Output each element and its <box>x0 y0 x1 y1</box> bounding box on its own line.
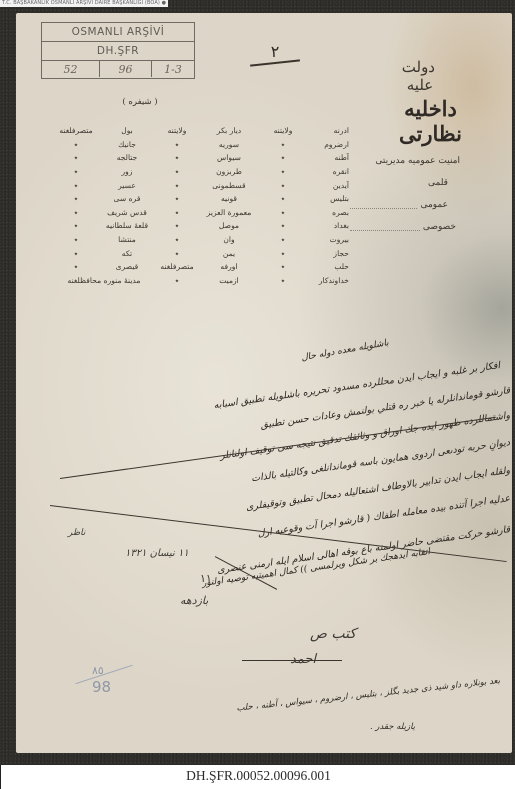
dotted-line <box>350 230 420 231</box>
archive-watermark: T.C. BAŞBAKANLIK OSMANLI ARŞİVİ DAİRE BA… <box>0 0 168 7</box>
stamp-title: OSMANLI ARŞİVİ <box>42 23 194 42</box>
tughra-emblem: دولت عليه <box>405 58 435 86</box>
nazir-mark: ناظر <box>68 528 85 538</box>
stamp-shirt: 96 <box>100 61 152 77</box>
stamp-dossier: 52 <box>42 61 100 77</box>
page-number: ٢ <box>250 42 300 66</box>
table-header-row: ادرنه ولايتنه ديار بكر ولايتنه بول متصرف… <box>53 124 349 138</box>
signature-stroke <box>242 660 342 661</box>
handwritten-annotation: بازدهه <box>180 594 208 607</box>
table-row: حلب ٭ اورفه متصرفلغنه قيصرى ٭ <box>53 260 349 274</box>
table-row: حجاز ٭ يمن ٭ تكه ٭ <box>53 246 349 260</box>
dotted-line <box>350 208 417 209</box>
document-date: ١١ نيسان ١٣٢١ <box>125 548 189 559</box>
stamp-numbers: 52 96 1-3 <box>42 61 194 77</box>
table-row: خداوندكار ٭ ازميت ٭ مدينهٔ منوره محافظلغ… <box>53 274 349 288</box>
table-row: آطنه ٭ سيواس ٭ جتالجه ٭ <box>53 151 349 165</box>
handwritten-footnote-end: يازيله جقدر . <box>370 722 415 732</box>
document-reference-caption: DH.ŞFR.00052.00096.001 <box>0 765 515 789</box>
letterhead-office: قلمى <box>350 172 460 194</box>
cipher-label: ( شيفره ) <box>115 97 165 107</box>
pencil-number: 98 <box>92 678 111 696</box>
signature-mark: كتب ص <box>310 626 356 642</box>
page-number-text: ٢ <box>271 42 280 61</box>
letterhead-fields: امنيت عموميه مديريتى قلمى عمومى خصوصى <box>350 150 460 238</box>
stamp-pages: 1-3 <box>152 61 194 77</box>
table-row: ارضروم ٭ سوريه ٭ جانيك ٭ <box>53 138 349 152</box>
letterhead-private: خصوصى <box>350 216 460 238</box>
table-row: بغداد ٭ موصل ٭ قلعهٔ سلطانيه ٭ <box>53 219 349 233</box>
ministry-title: داخليه نظارتى <box>383 96 478 136</box>
letterhead-directorate: امنيت عموميه مديريتى <box>350 150 460 172</box>
recipient-places-table: ادرنه ولايتنه ديار بكر ولايتنه بول متصرف… <box>53 124 349 287</box>
table-row: بتليس ٭ قونيه ٭ قره سى ٭ <box>53 192 349 206</box>
day-number: ١١ <box>200 572 212 585</box>
table-row: انقره ٭ طربزون ٭ زور ٭ <box>53 165 349 179</box>
pencil-annotation: ٨٥ 98 <box>92 678 111 696</box>
letterhead-general: عمومى <box>350 194 460 216</box>
table-row: بيروت ٭ وان ٭ منتشا ٭ <box>53 233 349 247</box>
table-row: آيدين ٭ قسطمونى ٭ عسير ٭ <box>53 178 349 192</box>
archive-stamp: OSMANLI ARŞİVİ DH.ŞFR 52 96 1-3 <box>41 22 195 79</box>
pencil-scratched: ٨٥ <box>92 664 104 677</box>
table-row: بصره ٭ معمورة العزيز ٭ قدس شريف ٭ <box>53 206 349 220</box>
stamp-fond: DH.ŞFR <box>42 42 194 61</box>
scan-background: T.C. BAŞBAKANLIK OSMANLI ARŞİVİ DAİRE BA… <box>0 0 515 765</box>
